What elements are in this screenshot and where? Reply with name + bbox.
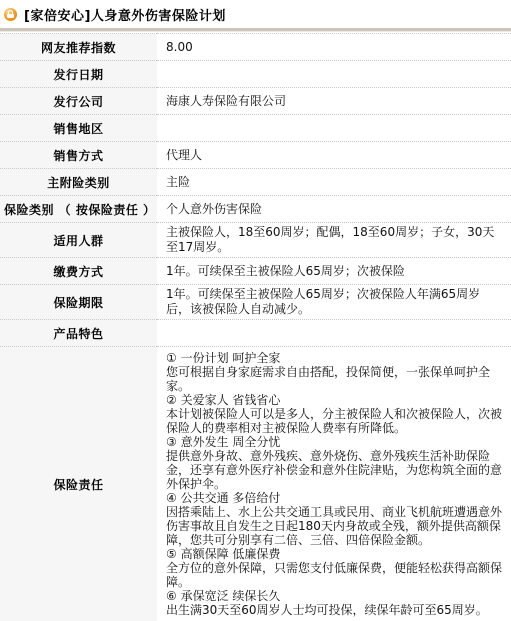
row-value-issuer: 海康人寿保险有限公司 (157, 88, 511, 115)
row-label-insurance-period: 保险期限 (0, 285, 157, 320)
table-row: 保险责任 ① 一份计划 呵护全家 您可根据自身家庭需求自由搭配，投保简便，一张保… (0, 347, 511, 621)
row-label-recommend-index: 网友推荐指数 (0, 34, 157, 61)
row-label-payment-method: 缴费方式 (0, 258, 157, 285)
header-divider (0, 28, 511, 32)
row-label-issuer: 发行公司 (0, 88, 157, 115)
row-value-sales-region (157, 115, 511, 142)
product-info-table: 网友推荐指数 8.00 发行日期 发行公司 海康人寿保险有限公司 销售地区 销售… (0, 33, 511, 621)
table-row: 销售方式 代理人 (0, 142, 511, 169)
row-value-recommend-index: 8.00 (157, 34, 511, 61)
table-row: 保险类别 （ 按保险责任 ） 个人意外伤害保险 (0, 196, 511, 223)
row-value-issue-date (157, 61, 511, 88)
row-label-sales-method: 销售方式 (0, 142, 157, 169)
table-row: 适用人群 主被保险人，18至60周岁；配偶，18至60周岁；子女，30天至17周… (0, 223, 511, 258)
row-value-sales-method: 代理人 (157, 142, 511, 169)
table-row: 产品特色 (0, 320, 511, 347)
row-value-payment-method: 1年。可续保至主被保险人65周岁；次被保险 (157, 258, 511, 285)
lock-icon (4, 8, 17, 21)
row-label-sales-region: 销售地区 (0, 115, 157, 142)
table-row: 缴费方式 1年。可续保至主被保险人65周岁；次被保险 (0, 258, 511, 285)
row-value-insurance-category: 个人意外伤害保险 (157, 196, 511, 223)
row-value-insurance-period: 1年。可续保至主被保险人65周岁；次被保险人年满65周岁后，该被保险人自动减少。 (157, 285, 511, 320)
row-label-insurance-liability: 保险责任 (0, 347, 157, 621)
row-label-main-rider-type: 主附险类别 (0, 169, 157, 196)
table-row: 发行公司 海康人寿保险有限公司 (0, 88, 511, 115)
table-row: 主附险类别 主险 (0, 169, 511, 196)
row-label-product-features: 产品特色 (0, 320, 157, 347)
row-label-insurance-category: 保险类别 （ 按保险责任 ） (0, 196, 157, 223)
table-row: 网友推荐指数 8.00 (0, 34, 511, 61)
page-title: [家倍安心]人身意外伤害保险计划 (24, 5, 226, 24)
page-header: [家倍安心]人身意外伤害保险计划 (0, 0, 511, 28)
row-value-main-rider-type: 主险 (157, 169, 511, 196)
row-value-product-features (157, 320, 511, 347)
table-row: 保险期限 1年。可续保至主被保险人65周岁；次被保险人年满65周岁后，该被保险人… (0, 285, 511, 320)
row-label-issue-date: 发行日期 (0, 61, 157, 88)
row-value-insurance-liability: ① 一份计划 呵护全家 您可根据自身家庭需求自由搭配，投保简便，一张保单呵护全家… (157, 347, 511, 621)
table-row: 发行日期 (0, 61, 511, 88)
table-row: 销售地区 (0, 115, 511, 142)
row-value-target-group: 主被保险人，18至60周岁；配偶，18至60周岁；子女，30天至17周岁。 (157, 223, 511, 258)
row-label-target-group: 适用人群 (0, 223, 157, 258)
